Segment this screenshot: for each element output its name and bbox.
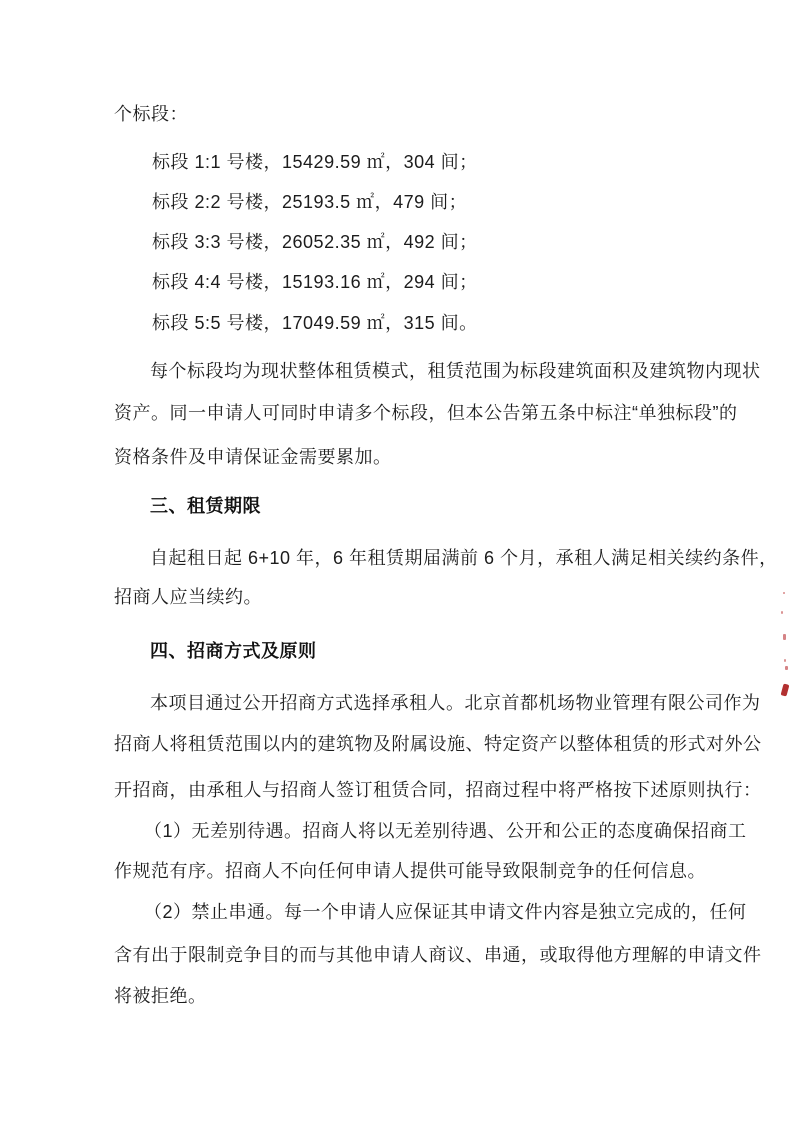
lease-scope-paragraph-line-3: 资格条件及申请保证金需要累加。 — [114, 446, 392, 469]
section3-heading: 三、租赁期限 — [150, 495, 261, 518]
lot-line-3: 标段 3:3 号楼，26052.35 ㎡，492 间； — [152, 231, 478, 254]
red-ink-speck — [784, 659, 786, 662]
lot-line-5: 标段 5:5 号楼，17049.59 ㎡，315 间。 — [152, 312, 478, 335]
lease-term-paragraph-line-1: 自起租日起 6+10 年，6 年租赁期届满前 6 个月，承租人满足相关续约条件， — [150, 547, 778, 570]
lease-scope-paragraph-line-2: 资产。同一申请人可同时申请多个标段，但本公告第五条中标注“单独标段”的 — [114, 402, 738, 425]
method-paragraph-line-2: 招商人将租赁范围以内的建筑物及附属设施、特定资产以整体租赁的形式对外公 — [114, 733, 762, 756]
lease-term-paragraph-line-2: 招商人应当续约。 — [114, 586, 262, 609]
method-paragraph-line-1: 本项目通过公开招商方式选择承租人。北京首都机场物业管理有限公司作为 — [150, 692, 761, 715]
continuation-line: 个标段： — [114, 103, 188, 126]
red-ink-speck — [785, 666, 788, 670]
lease-scope-paragraph-line-1: 每个标段均为现状整体租赁模式，租赁范围为标段建筑面积及建筑物内现状 — [150, 360, 761, 383]
lot-line-2: 标段 2:2 号楼，25193.5 ㎡，479 间； — [152, 191, 467, 214]
red-ink-speck — [781, 611, 783, 614]
red-ink-speck — [783, 592, 785, 594]
section4-heading: 四、招商方式及原则 — [150, 640, 317, 663]
principle2-paragraph-line-1: （2）禁止串通。每一个申请人应保证其申请文件内容是独立完成的，任何 — [144, 901, 747, 924]
red-ink-speck — [783, 634, 786, 640]
document-page: 个标段： 标段 1:1 号楼，15429.59 ㎡，304 间； 标段 2:2 … — [0, 0, 800, 1131]
principle2-paragraph-line-2: 含有出于限制竞争目的而与其他申请人商议、串通，或取得他方理解的申请文件 — [114, 944, 762, 967]
principle1-paragraph-line-2: 作规范有序。招商人不向任何申请人提供可能导致限制竞争的任何信息。 — [114, 860, 706, 883]
red-ink-mark — [781, 683, 790, 696]
method-paragraph-line-3: 开招商，由承租人与招商人签订租赁合同，招商过程中将严格按下述原则执行： — [114, 779, 762, 802]
lot-line-1: 标段 1:1 号楼，15429.59 ㎡，304 间； — [152, 151, 478, 174]
lot-line-4: 标段 4:4 号楼，15193.16 ㎡，294 间； — [152, 271, 478, 294]
principle1-paragraph-line-1: （1）无差别待遇。招商人将以无差别待遇、公开和公正的态度确保招商工 — [144, 820, 747, 843]
principle2-paragraph-line-3: 将被拒绝。 — [114, 985, 207, 1008]
